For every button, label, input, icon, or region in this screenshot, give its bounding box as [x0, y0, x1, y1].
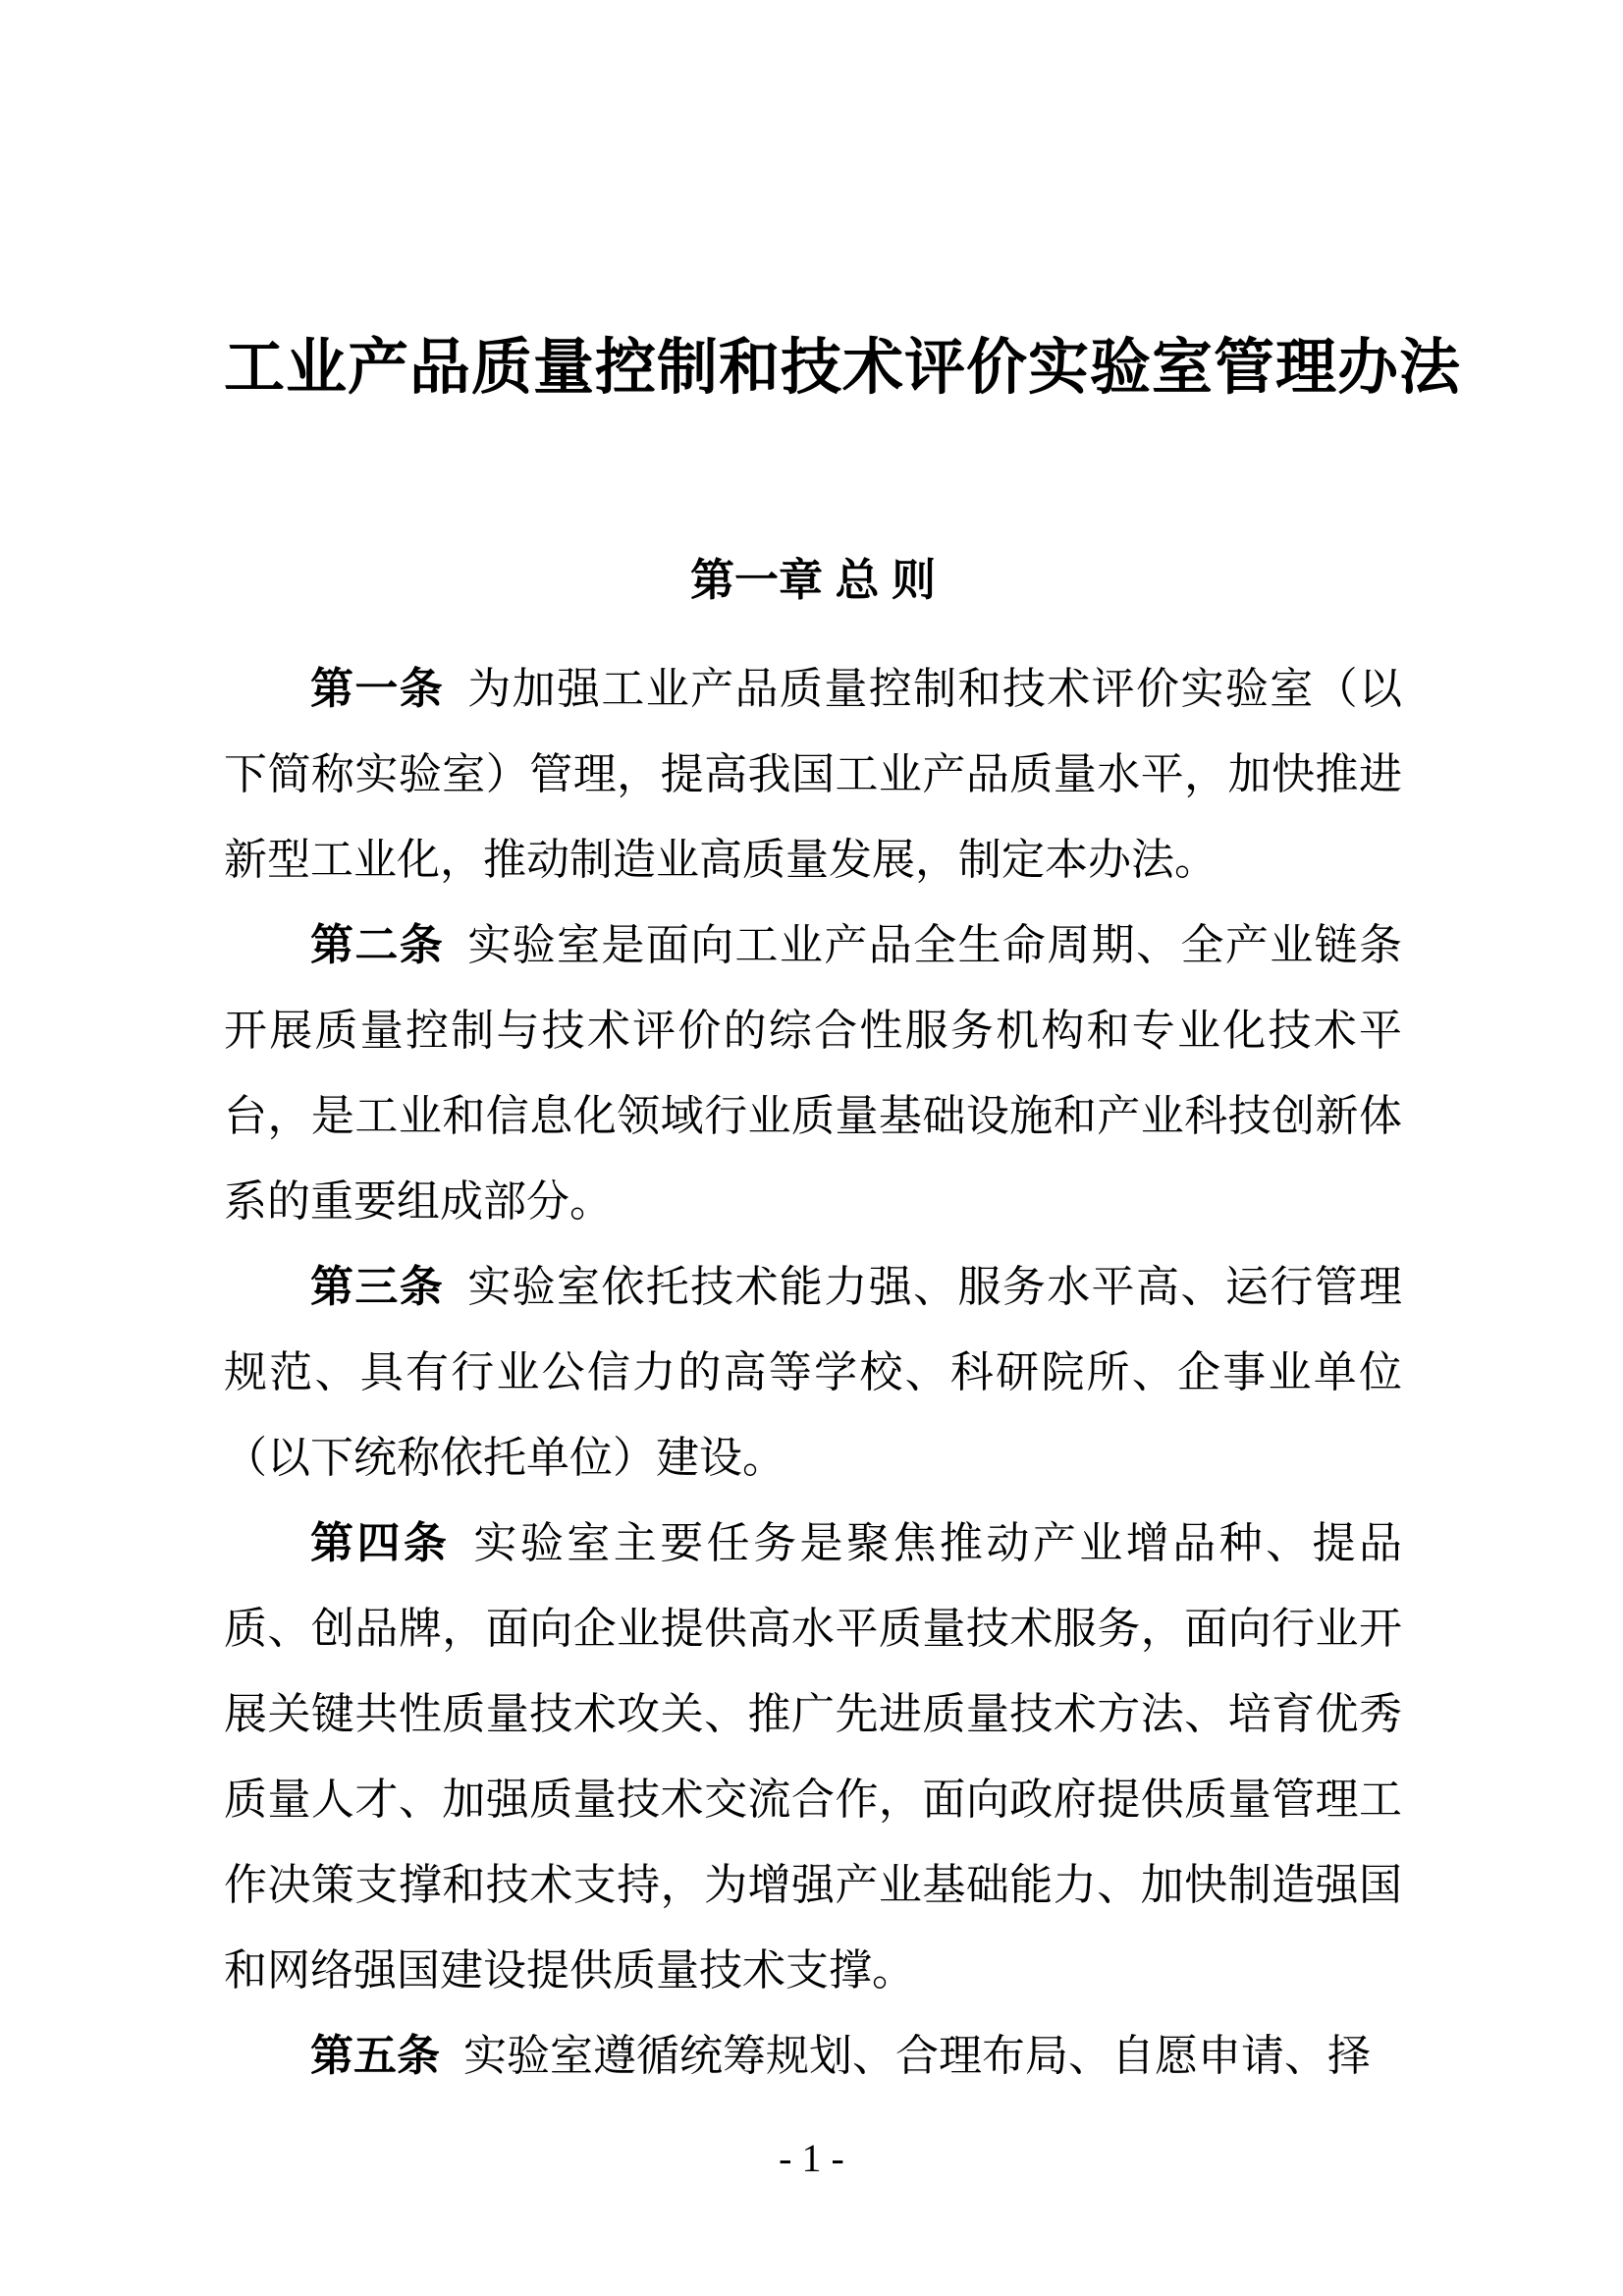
- chapter-heading: 第一章 总 则: [224, 546, 1402, 615]
- article-number-label: 第四条: [310, 1519, 450, 1567]
- article-paragraph: 第一条为加强工业产品质量控制和技术评价实验室（以下简称实验室）管理，提高我国工业…: [224, 646, 1402, 902]
- article-paragraph: 第四条实验室主要任务是聚焦推动产业增品种、提品质、创品牌，面向企业提供高水平质量…: [224, 1501, 1402, 2013]
- document-content: 工业产品质量控制和技术评价实验室管理办法 第一章 总 则 第一条为加强工业产品质…: [224, 324, 1402, 2099]
- article-number-label: 第三条: [310, 1263, 444, 1311]
- article-paragraphs: 第一条为加强工业产品质量控制和技术评价实验室（以下简称实验室）管理，提高我国工业…: [224, 646, 1402, 2099]
- article-number-label: 第五条: [310, 2032, 440, 2080]
- article-paragraph: 第三条实验室依托技术能力强、服务水平高、运行管理规范、具有行业公信力的高等学校、…: [224, 1244, 1402, 1501]
- document-page: 工业产品质量控制和技术评价实验室管理办法 第一章 总 则 第一条为加强工业产品质…: [0, 0, 1623, 2296]
- article-number-label: 第一条: [310, 665, 444, 713]
- article-paragraph: 第五条实验室遵循统筹规划、合理布局、自愿申请、择: [224, 2013, 1402, 2099]
- article-text: 实验室主要任务是聚焦推动产业增品种、提品质、创品牌，面向企业提供高水平质量技术服…: [224, 1519, 1402, 1995]
- document-title: 工业产品质量控制和技术评价实验室管理办法: [224, 324, 1402, 412]
- article-paragraph: 第二条实验室是面向工业产品全生命周期、全产业链条开展质量控制与技术评价的综合性服…: [224, 902, 1402, 1244]
- article-text: 实验室遵循统筹规划、合理布局、自愿申请、择: [463, 2032, 1371, 2080]
- page-number: - 1 -: [0, 2129, 1623, 2188]
- article-number-label: 第二条: [310, 921, 444, 969]
